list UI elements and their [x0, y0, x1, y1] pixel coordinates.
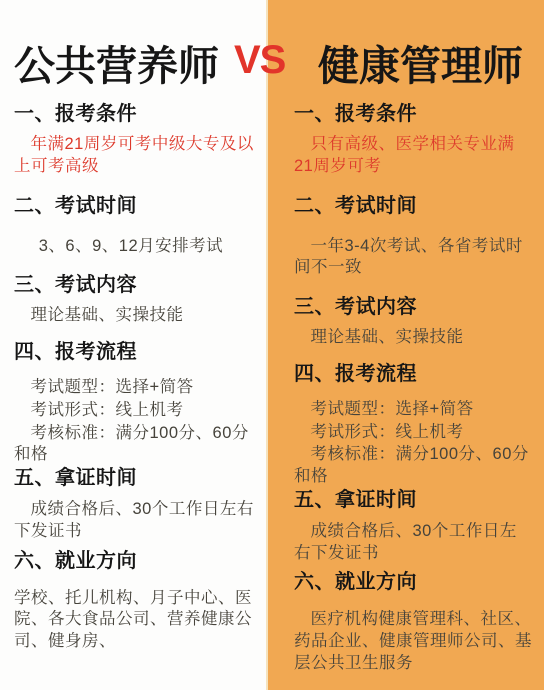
left-title: 公共营养师 — [14, 33, 219, 92]
comparison-poster: 公共营养师 VS 健康管理师 一、报考条件 年满21周岁可考中级大专及以上可考高… — [0, 0, 544, 690]
left-column: 一、报考条件 年满21周岁可考中级大专及以上可考高级 二、考试时间 3、6、9、… — [14, 92, 260, 653]
left-section-5-body: 成绩合格后、30个工作日左右下发证书 — [14, 499, 260, 543]
right-section-3-heading: 三、考试内容 — [294, 295, 532, 320]
left-section-4-line-1: 考试题型：选择+简答 — [14, 377, 260, 399]
right-section-6-body: 医疗机构健康管理科、社区、药品企业、健康管理师公司、基层公共卫生服务 — [294, 609, 532, 674]
right-section-3-body: 理论基础、实操技能 — [294, 327, 532, 349]
vs-label: VS — [234, 38, 285, 83]
left-section-1-heading: 一、报考条件 — [14, 102, 260, 127]
left-section-4-line-2: 考试形式：线上机考 — [14, 400, 260, 422]
left-section-2-body: 3、6、9、12月安排考试 — [14, 236, 260, 258]
right-section-1-heading: 一、报考条件 — [294, 102, 532, 127]
right-section-4-line-3: 考核标准：满分100分、60分和格 — [294, 444, 532, 488]
left-section-3-body: 理论基础、实操技能 — [14, 305, 260, 327]
right-section-4-heading: 四、报考流程 — [294, 362, 532, 387]
right-section-5-heading: 五、拿证时间 — [294, 488, 532, 513]
left-section-3-heading: 三、考试内容 — [14, 273, 260, 298]
left-section-6-body: 学校、托儿机构、月子中心、医院、各大食品公司、营养健康公司、健身房、 — [14, 588, 260, 653]
right-section-5-body: 成绩合格后、30个工作日左右下发证书 — [294, 521, 532, 565]
left-section-4-line-3: 考核标准：满分100分、60分和格 — [14, 423, 260, 467]
right-section-2-heading: 二、考试时间 — [294, 194, 532, 219]
right-section-1-body: 只有高级、医学相关专业满21周岁可考 — [294, 134, 532, 178]
right-section-6-heading: 六、就业方向 — [294, 570, 532, 595]
right-section-4-line-2: 考试形式：线上机考 — [294, 422, 532, 444]
left-section-1-body: 年满21周岁可考中级大专及以上可考高级 — [14, 134, 260, 178]
right-column: 一、报考条件 只有高级、医学相关专业满21周岁可考 二、考试时间 一年3-4次考… — [294, 92, 532, 675]
left-section-6-heading: 六、就业方向 — [14, 549, 260, 574]
right-title: 健康管理师 — [318, 33, 523, 92]
left-section-5-heading: 五、拿证时间 — [14, 466, 260, 491]
left-section-2-heading: 二、考试时间 — [14, 194, 260, 219]
right-section-2-body: 一年3-4次考试、各省考试时间不一致 — [294, 236, 532, 280]
right-section-4-line-1: 考试题型：选择+简答 — [294, 399, 532, 421]
left-section-4-heading: 四、报考流程 — [14, 340, 260, 365]
